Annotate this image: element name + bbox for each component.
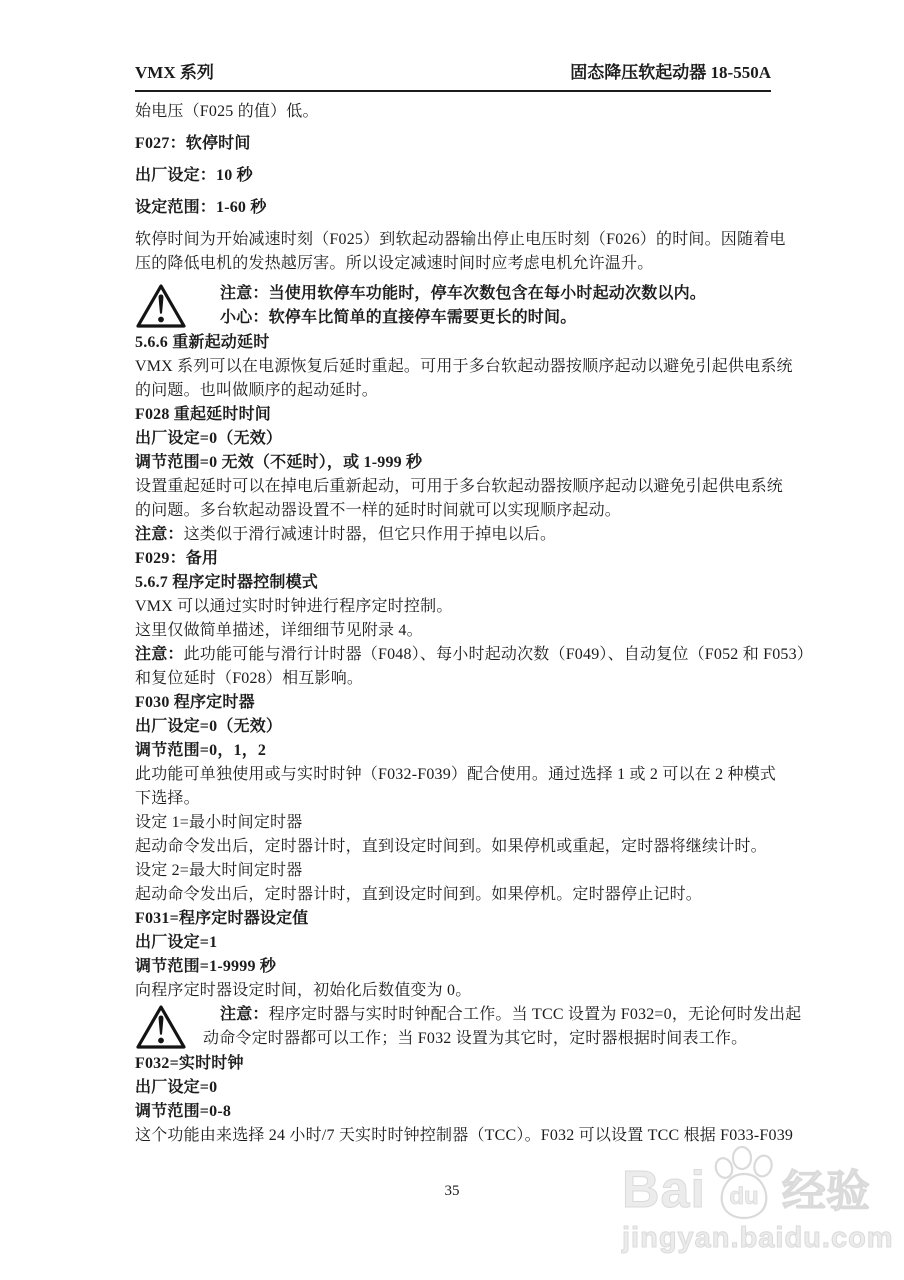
document-line: F031=程序定时器设定值 [135,907,775,931]
document-line: 软停时间为开始减速时刻（F025）到软起动器输出停止电压时刻（F026）的时间。… [135,228,775,252]
document-line: 压的降低电机的发热越厉害。所以设定减速时间时应考虑电机允许温升。 [135,252,775,276]
document-line: 下选择。 [135,787,775,811]
warning-text: 注意：当使用软停车功能时，停车次数包含在每小时起动次数以内。小心：软停车比简单的… [187,282,706,330]
document-line: 调节范围=0-8 [135,1100,775,1124]
warning-line: 小心：软停车比简单的直接停车需要更长的时间。 [187,306,706,330]
warning-line: 注意：当使用软停车功能时，停车次数包含在每小时起动次数以内。 [187,282,706,306]
warning-line: 注意：程序定时器与实时时钟配合工作。当 TCC 设置为 F032=0，无论何时发… [187,1003,801,1027]
document-line: 的问题。多台软起动器设置不一样的延时时间就可以实现顺序起动。 [135,499,775,523]
document-line: F029：备用 [135,547,775,571]
text-run: 注意： [135,646,184,663]
text-run: 动命令定时器都可以工作；当 F032 设置为其它时，定时器根据时间表工作。 [203,1030,747,1047]
document-line: 调节范围=1-9999 秒 [135,955,775,979]
document-line: F027：软停时间 [135,132,775,156]
text-run: 小心：软停车比简单的直接停车需要更长的时间。 [220,309,576,326]
header-product-title: 固态降压软起动器 18-550A [570,58,771,83]
paw-icon: du [708,1146,780,1220]
text-run: 此功能可能与滑行计时器（F048）、每小时起动次数（F049）、自动复位（F05… [184,646,813,663]
document-line: 设定范围：1-60 秒 [135,196,775,220]
document-line: 5.6.7 程序定时器控制模式 [135,571,775,595]
document-line: 这里仅做简单描述，详细细节见附录 4。 [135,619,775,643]
document-line: 注意：这类似于滑行减速计时器，但它只作用于掉电以后。 [135,523,775,547]
watermark-cn-text: 经验 [782,1170,870,1214]
page-header: VMX 系列 固态降压软起动器 18-550A [135,58,771,92]
warning-line: 动命令定时器都可以工作；当 F032 设置为其它时，定时器根据时间表工作。 [187,1027,801,1051]
warning-triangle-icon [135,283,187,331]
document-line: 注意：此功能可能与滑行计时器（F048）、每小时起动次数（F049）、自动复位（… [135,643,775,667]
document-line: VMX 可以通过实时时钟进行程序定时控制。 [135,595,775,619]
document-line: 5.6.6 重新起动延时 [135,331,775,355]
document-line: 设定 1=最小时间定时器 [135,811,775,835]
document-line: 设置重起延时可以在掉电后重新起动，可用于多台软起动器按顺序起动以避免引起供电系统 [135,475,775,499]
baidu-watermark: Bai du 经验 jingyan.baidu.com [622,1146,884,1253]
watermark-bai-text: Bai [622,1164,706,1216]
document-line: 起动命令发出后，定时器计时，直到设定时间到。如果停机或重起，定时器将继续计时。 [135,835,775,859]
text-run: 注意： [220,1006,269,1023]
text-run: 注意： [135,526,184,543]
document-line: 的问题。也叫做顺序的起动延时。 [135,379,775,403]
text-run: 这类似于滑行减速计时器，但它只作用于掉电以后。 [184,526,557,543]
document-line: 出厂设定=0（无效） [135,427,775,451]
document-line: F032=实时时钟 [135,1052,775,1076]
warning-triangle-icon [135,1004,187,1052]
document-line: 调节范围=0 无效（不延时），或 1-999 秒 [135,451,775,475]
text-run: 注意：当使用软停车功能时，停车次数包含在每小时起动次数以内。 [220,285,706,302]
paw-du-text: du [729,1183,758,1210]
document-page: VMX 系列 固态降压软起动器 18-550A 始电压（F025 的值）低。F0… [0,0,904,1280]
warning-text: 注意：程序定时器与实时时钟配合工作。当 TCC 设置为 F032=0，无论何时发… [187,1003,801,1051]
document-line: 出厂设定=0 [135,1076,775,1100]
document-line: 设定 2=最大时间定时器 [135,859,775,883]
document-line: 起动命令发出后，定时器计时，直到设定时间到。如果停机。定时器停止记时。 [135,883,775,907]
text-run: 程序定时器与实时时钟配合工作。当 TCC 设置为 F032=0，无论何时发出起 [269,1006,802,1023]
warning-block: 注意：当使用软停车功能时，停车次数包含在每小时起动次数以内。小心：软停车比简单的… [135,282,775,331]
document-line: 出厂设定=0（无效） [135,715,775,739]
document-line: VMX 系列可以在电源恢复后延时重起。可用于多台软起动器按顺序起动以避免引起供电… [135,355,775,379]
document-line: 始电压（F025 的值）低。 [135,100,775,124]
document-body: 始电压（F025 的值）低。F027：软停时间出厂设定：10 秒设定范围：1-6… [135,100,775,1148]
watermark-logo-row: Bai du 经验 [622,1146,884,1216]
document-line: 此功能可单独使用或与实时时钟（F032-F039）配合使用。通过选择 1 或 2… [135,763,775,787]
document-line: 和复位延时（F028）相互影响。 [135,667,775,691]
document-line: 调节范围=0，1，2 [135,739,775,763]
document-line: 这个功能由来选择 24 小时/7 天实时时钟控制器（TCC）。F032 可以设置… [135,1124,775,1148]
document-line: F028 重起延时时间 [135,403,775,427]
document-line: 向程序定时器设定时间，初始化后数值变为 0。 [135,979,775,1003]
document-line: 出厂设定=1 [135,931,775,955]
document-line: 出厂设定：10 秒 [135,164,775,188]
warning-block: 注意：程序定时器与实时时钟配合工作。当 TCC 设置为 F032=0，无论何时发… [135,1003,775,1052]
watermark-url: jingyan.baidu.com [622,1224,884,1253]
header-series-title: VMX 系列 [135,58,214,83]
document-line: F030 程序定时器 [135,691,775,715]
